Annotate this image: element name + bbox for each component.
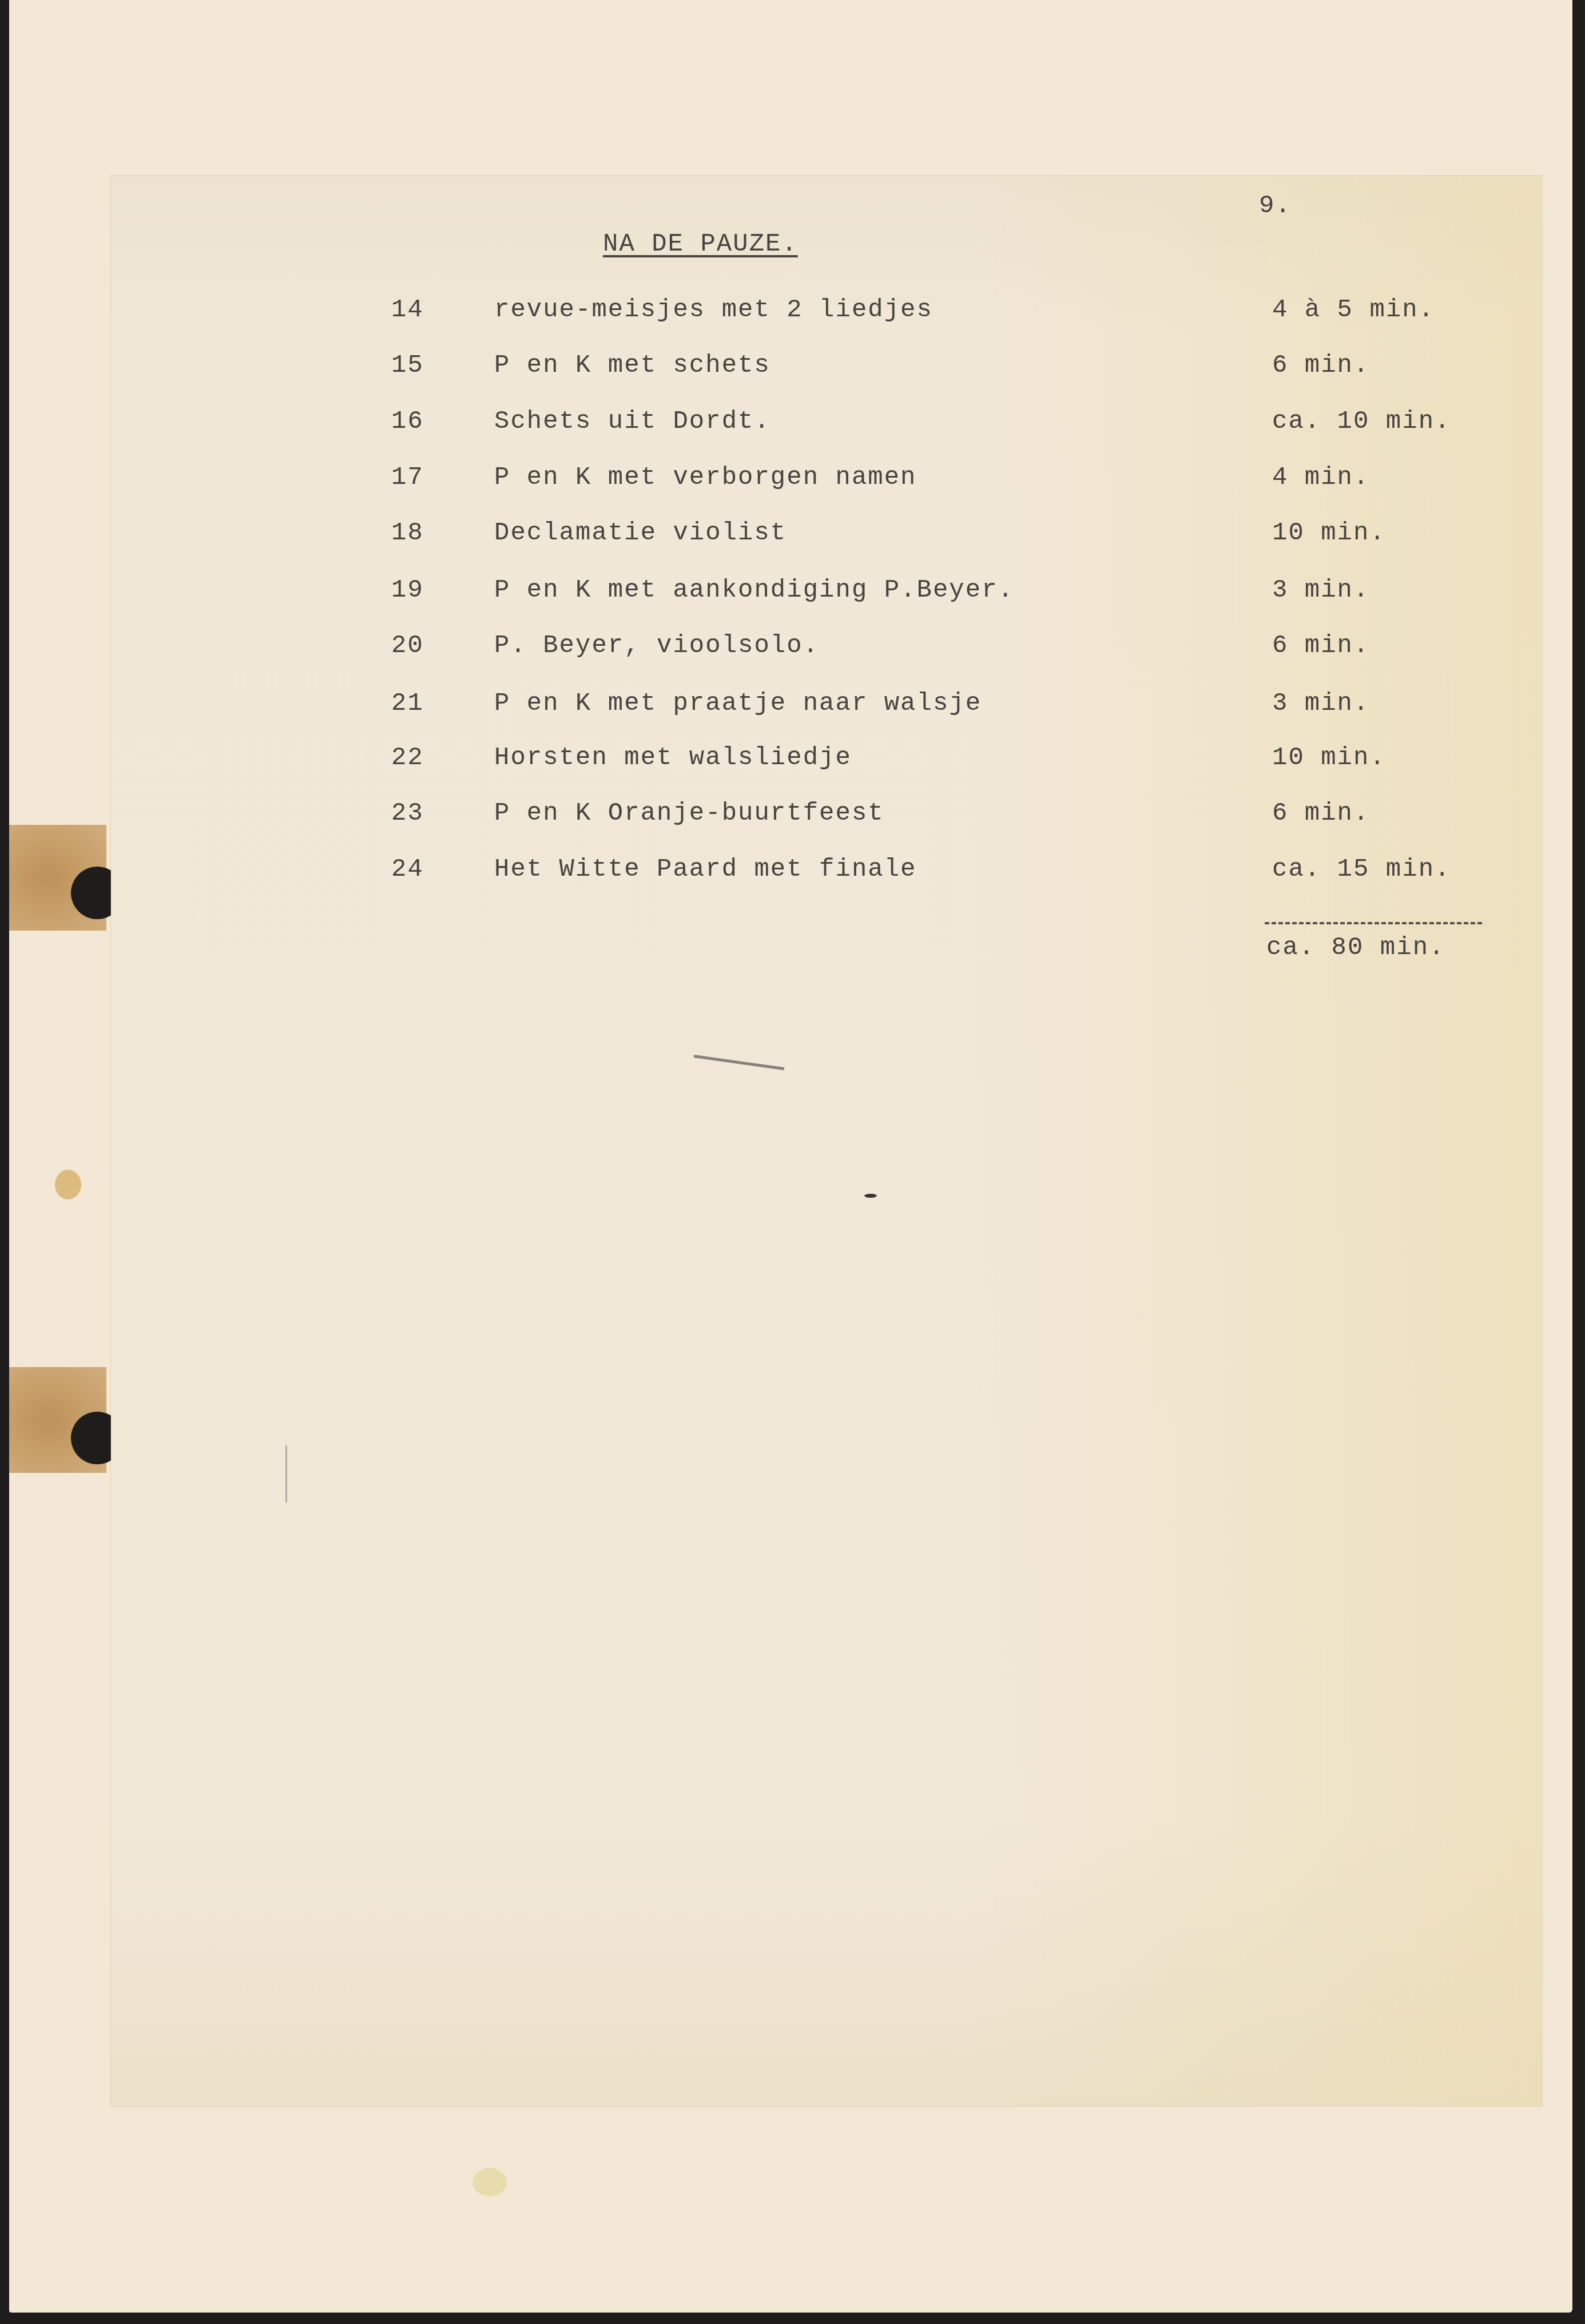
item-description: Declamatie violist: [494, 519, 786, 547]
item-number: 23: [391, 799, 424, 828]
item-description: P. Beyer, vioolsolo.: [494, 631, 819, 660]
program-item: 15 P en K met schets 6 min.: [111, 351, 1542, 386]
typed-sheet: 9. NA DE PAUZE. 14 revue-meisjes met 2 l…: [111, 176, 1542, 2106]
mounting-board: 9. NA DE PAUZE. 14 revue-meisjes met 2 l…: [9, 0, 1572, 2313]
item-description: P en K met praatje naar walsje: [494, 689, 982, 718]
item-duration: 10 min.: [1272, 519, 1386, 547]
smudge-mark: [472, 2168, 507, 2196]
item-duration: ca. 10 min.: [1272, 407, 1451, 436]
item-duration: 4 min.: [1272, 463, 1369, 492]
item-description: P en K met schets: [494, 351, 770, 380]
stain-mark: [55, 1170, 81, 1199]
item-number: 16: [391, 407, 424, 436]
item-description: P en K met aankondiging P.Beyer.: [494, 576, 1014, 605]
item-number: 14: [391, 296, 424, 324]
item-duration: 6 min.: [1272, 631, 1369, 660]
item-description: P en K Oranje-buurtfeest: [494, 799, 884, 828]
item-duration: 6 min.: [1272, 351, 1369, 380]
item-duration: 10 min.: [1272, 744, 1386, 772]
program-item: 24 Het Witte Paard met finale ca. 15 min…: [111, 855, 1542, 889]
item-duration: 6 min.: [1272, 799, 1369, 828]
program-item: 20 P. Beyer, vioolsolo. 6 min.: [111, 631, 1542, 666]
program-item: 22 Horsten met walsliedje 10 min.: [111, 744, 1542, 778]
item-number: 24: [391, 855, 424, 884]
item-number: 18: [391, 519, 424, 547]
item-number: 22: [391, 744, 424, 772]
pencil-stroke: [693, 1055, 784, 1070]
margin-pencil-tick: [285, 1445, 287, 1503]
program-item: 14 revue-meisjes met 2 liedjes 4 à 5 min…: [111, 296, 1542, 330]
item-number: 19: [391, 576, 424, 605]
item-duration: 3 min.: [1272, 689, 1369, 718]
item-duration: ca. 15 min.: [1272, 855, 1451, 884]
item-number: 17: [391, 463, 424, 492]
page-number: 9.: [1259, 192, 1292, 220]
item-description: Schets uit Dordt.: [494, 407, 770, 436]
item-description: Horsten met walsliedje: [494, 744, 852, 772]
program-item: 16 Schets uit Dordt. ca. 10 min.: [111, 407, 1542, 442]
item-number: 15: [391, 351, 424, 380]
program-item: 21 P en K met praatje naar walsje 3 min.: [111, 689, 1542, 724]
item-number: 21: [391, 689, 424, 718]
item-number: 20: [391, 631, 424, 660]
program-item: 18 Declamatie violist 10 min.: [111, 519, 1542, 553]
ink-dot: [864, 1194, 877, 1198]
item-description: revue-meisjes met 2 liedjes: [494, 296, 933, 324]
section-heading: NA DE PAUZE.: [603, 230, 798, 259]
item-description: P en K met verborgen namen: [494, 463, 917, 492]
program-item: 23 P en K Oranje-buurtfeest 6 min.: [111, 799, 1542, 833]
total-duration: ca. 80 min.: [1266, 933, 1445, 962]
item-description: Het Witte Paard met finale: [494, 855, 917, 884]
program-item: 17 P en K met verborgen namen 4 min.: [111, 463, 1542, 498]
item-duration: 4 à 5 min.: [1272, 296, 1435, 324]
total-divider-rule: [1265, 922, 1482, 924]
program-item: 19 P en K met aankondiging P.Beyer. 3 mi…: [111, 576, 1542, 610]
item-duration: 3 min.: [1272, 576, 1369, 605]
